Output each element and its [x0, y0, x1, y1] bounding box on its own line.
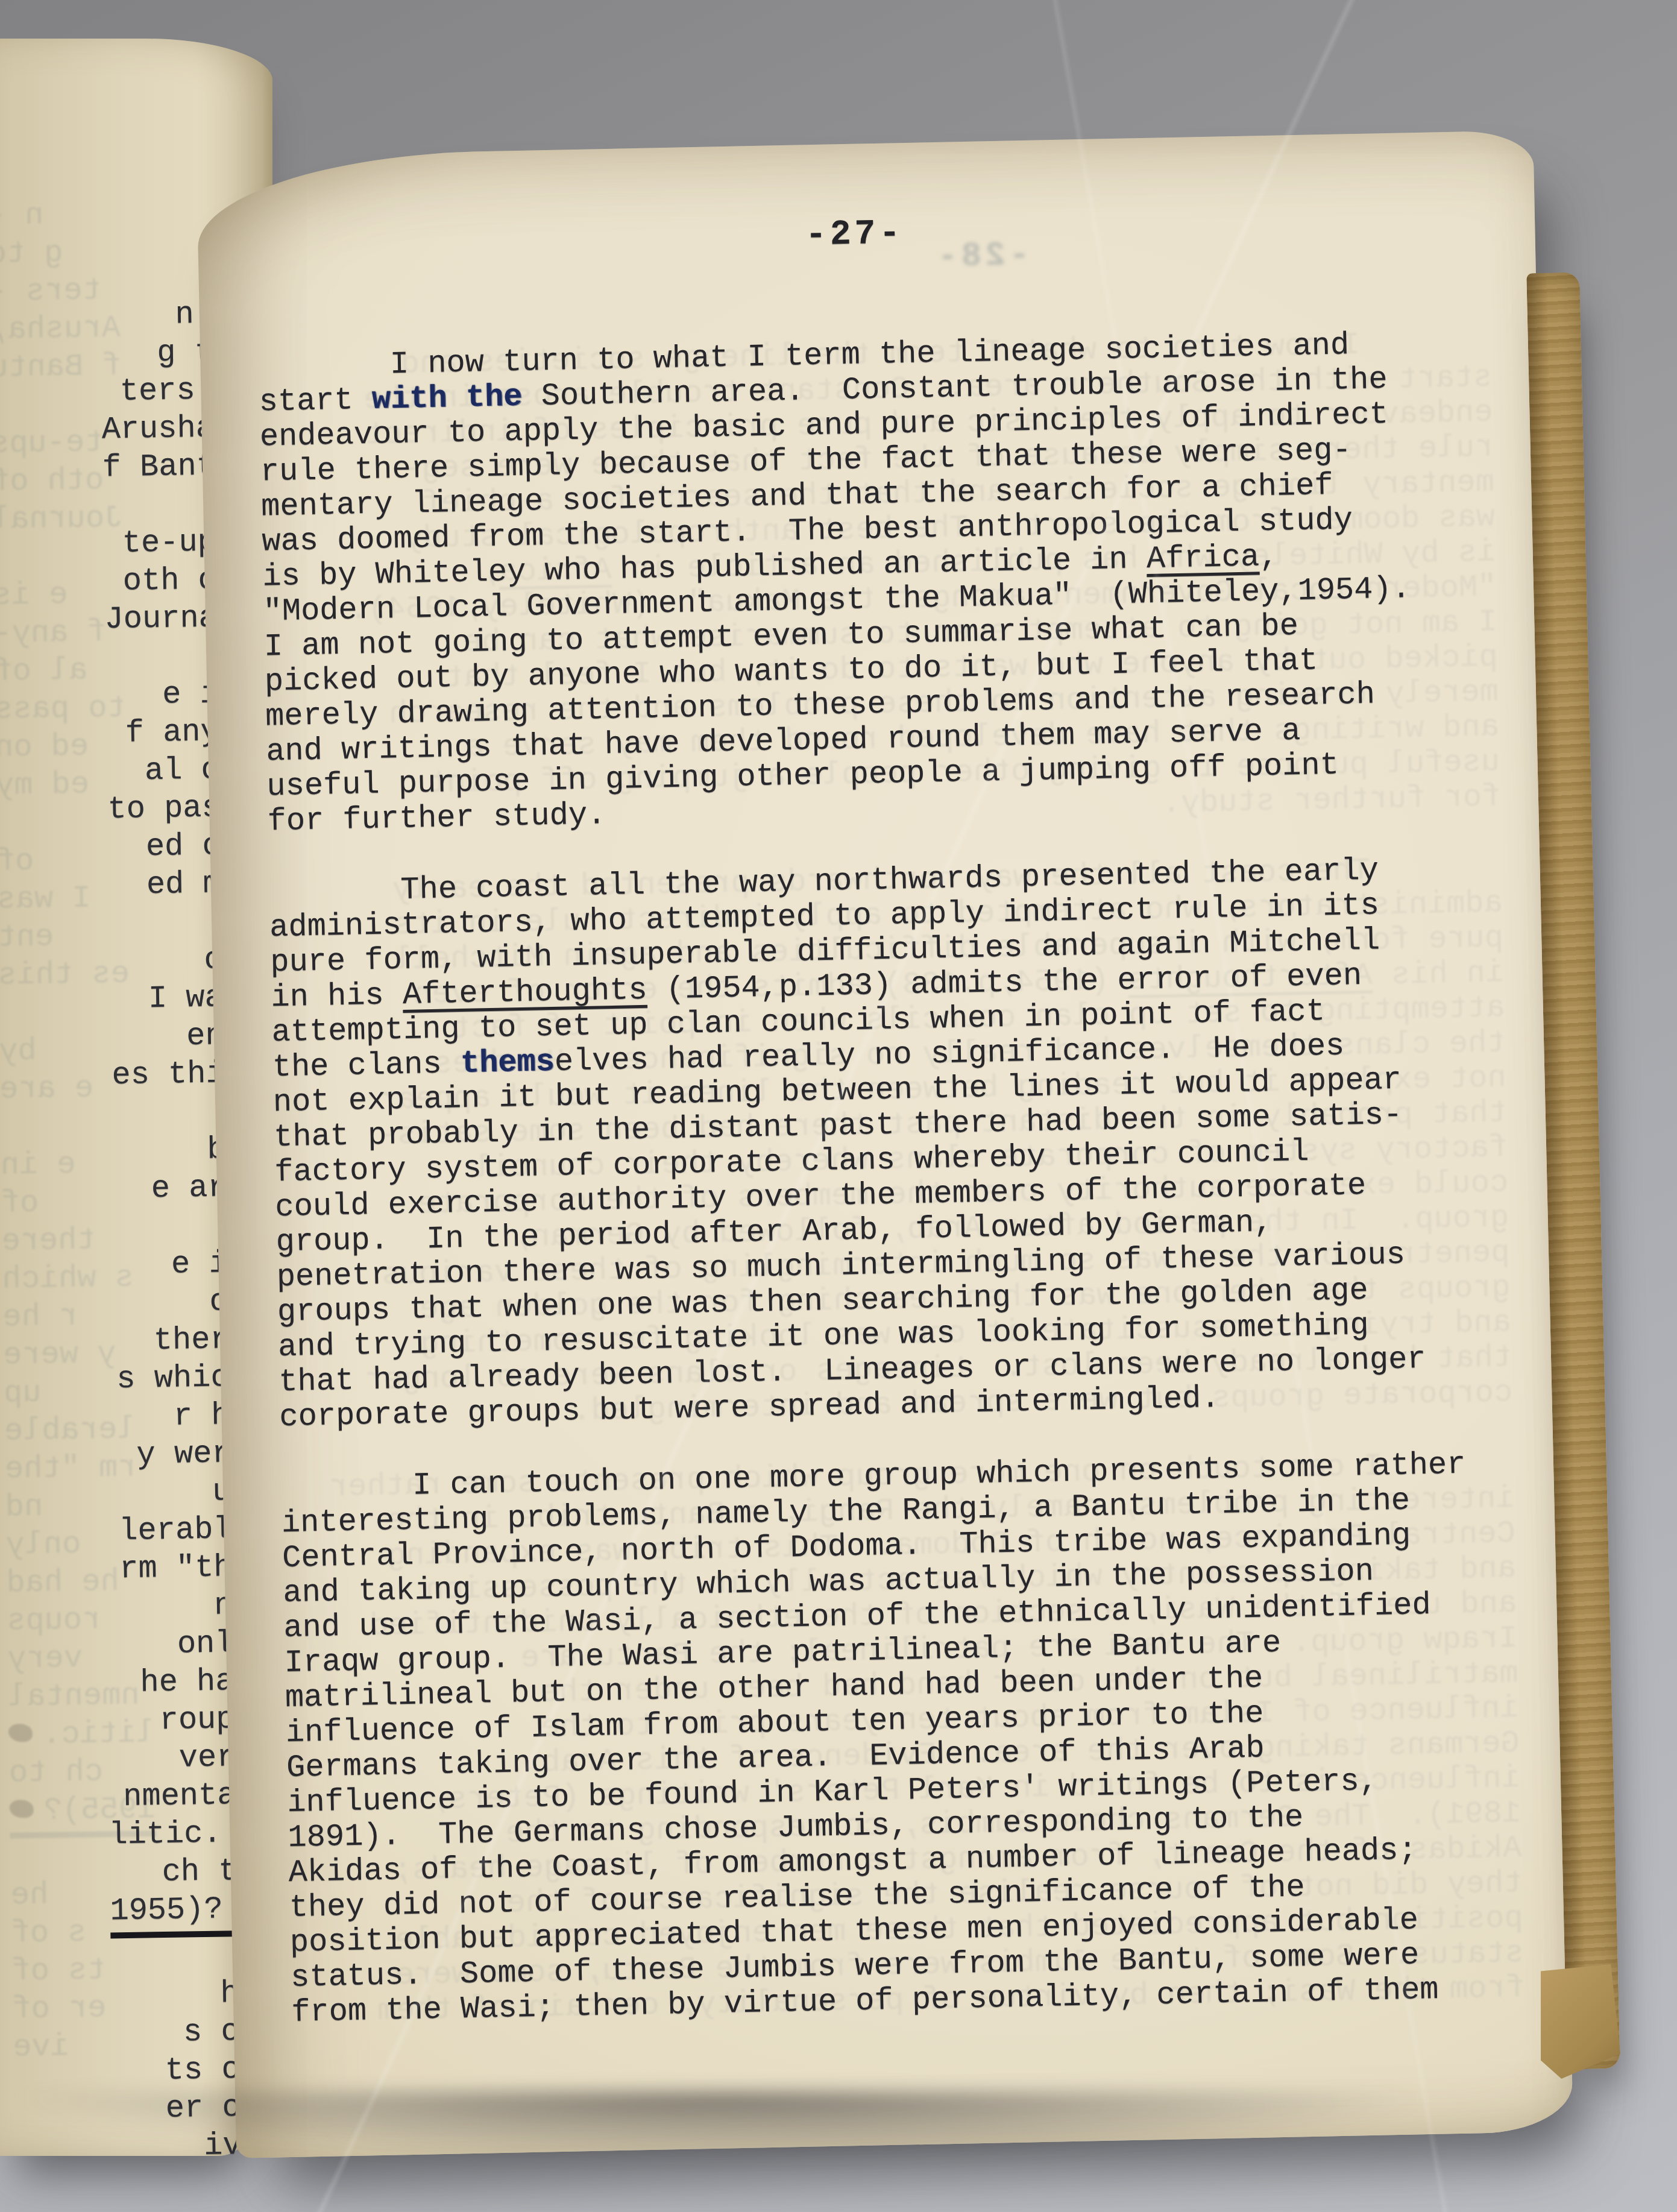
left-page-fragment: by — [0, 1130, 245, 1172]
left-page-fragment: f Bantu — [0, 447, 234, 488]
left-page-fragment: ed on — [0, 827, 240, 868]
right-page: I now turn to what I term the lineage so… — [197, 130, 1573, 2158]
left-page-fragment: oth of — [0, 561, 236, 602]
left-page-fragment: roups — [7, 1700, 254, 1742]
left-page-fragment: r he — [2, 1396, 249, 1438]
left-page-fragment: s of — [12, 2012, 259, 2054]
left-page-fragment: 1955)? — [10, 1890, 257, 1940]
paragraph: The coast all the way northwards present… — [269, 851, 1513, 1435]
left-page-fragment: rm "the — [5, 1548, 251, 1590]
left-page-fragment: n - — [0, 295, 232, 336]
left-page-fragment: ters - — [0, 371, 233, 412]
left-page-fragment: to pass — [0, 789, 239, 830]
left-page-fragment: nd — [5, 1586, 252, 1628]
left-page-fragment: n - — [0, 194, 224, 235]
left-page-fragment: s which — [2, 1358, 248, 1400]
left-page-fragment: very — [8, 1738, 254, 1780]
left-page-fragment — [0, 485, 235, 526]
left-page-fragment — [0, 903, 241, 944]
left-page-fragment: te-ups — [0, 523, 236, 564]
left-page-fragment: g to — [0, 232, 224, 273]
book-cast-shadow — [12, 2092, 1591, 2182]
left-page-fragment: lerable — [4, 1510, 251, 1552]
left-page-fragment: he had — [7, 1662, 253, 1704]
left-page-fragment: Arusha, — [0, 409, 234, 450]
left-page-fragment: he — [11, 1974, 258, 2016]
page-body: I now turn to what I term the lineage so… — [258, 325, 1526, 2066]
left-page-fragment: e is — [0, 675, 238, 716]
left-page-fragment: al of — [0, 751, 239, 792]
left-page-fragment: of — [0, 941, 242, 982]
left-page-fragment: I was — [0, 978, 242, 1020]
left-page-fragment: ed my — [0, 865, 241, 906]
left-page-fragment: ch to — [10, 1852, 256, 1894]
left-page-fragment — [0, 637, 238, 678]
left-page-fragment — [11, 1936, 257, 1978]
left-page-fragment: litic. — [9, 1814, 256, 1856]
left-page-fragment: e are — [0, 1168, 245, 1210]
photo-of-open-book: n -g toters -Arusha,f Bantu te-upsoth of… — [0, 0, 1677, 2212]
left-page-fragment: Journal — [0, 599, 237, 640]
left-page-fragment: of — [1, 1282, 247, 1324]
paragraph: I now turn to what I term the lineage so… — [258, 325, 1501, 839]
paragraph: I can touch on one more group which pres… — [280, 1446, 1524, 2031]
left-page-fragment: there — [1, 1320, 248, 1362]
left-page-fragment: up — [4, 1472, 250, 1514]
left-page-fragment: ts of — [13, 2050, 259, 2092]
left-page-fragment: g to — [0, 333, 233, 374]
left-page-fragment: f any- — [0, 713, 238, 754]
left-page-fragment — [0, 1092, 244, 1134]
left-page-fragment: nmental — [8, 1776, 255, 1818]
left-page-fragment: ent — [0, 1016, 243, 1058]
left-page-fragment: es this — [0, 1054, 244, 1096]
left-page-fragment: y were — [3, 1434, 250, 1476]
ghost-page-number: -28- — [933, 236, 1030, 276]
left-page-fragment: only — [6, 1624, 253, 1666]
page-number: -27- — [805, 214, 905, 255]
left-page-fragment: e in — [0, 1244, 247, 1286]
left-page-fragment — [0, 1206, 246, 1248]
